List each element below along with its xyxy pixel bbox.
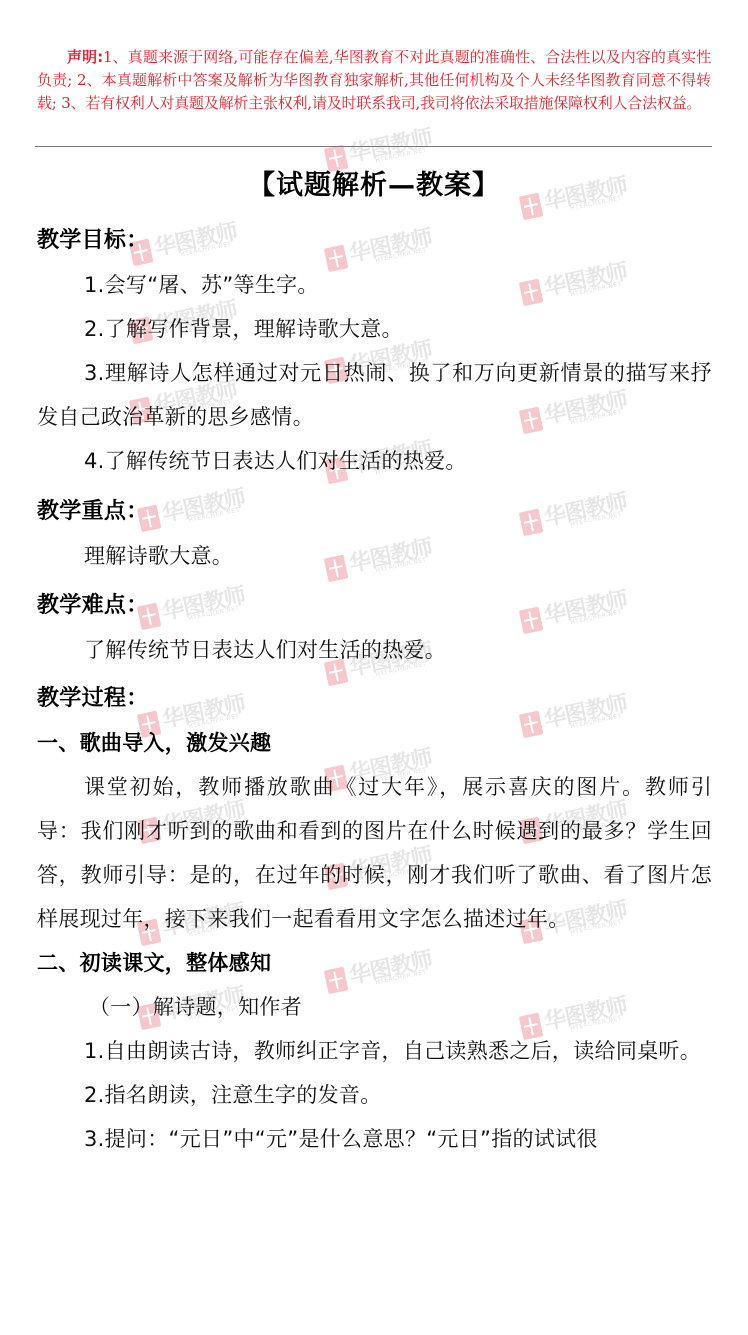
list-item: 3.理解诗人怎样通过对元日热闹、换了和万向更新情景的描写来抒发自己政治革新的思乡… [37,351,712,439]
paragraph: 了解传统节日表达人们对生活的热爱。 [37,628,712,672]
disclaimer: 声明:1、真题来源于网络,可能存在偏差,华图教育不对此真题的准确性、合法性以及内… [37,46,711,115]
header-divider [35,146,712,147]
content-layer: 声明:1、真题来源于网络,可能存在偏差,华图教育不对此真题的准确性、合法性以及内… [0,0,748,1335]
section-heading: 教学重点： [37,490,712,534]
paragraph: 理解诗歌大意。 [37,534,712,578]
section-process: 教学过程： 一、歌曲导入，激发兴趣 课堂初始，教师播放歌曲《过大年》，展示喜庆的… [37,677,712,1161]
section-heading: 教学难点： [37,584,712,628]
step-heading: 二、初读课文，整体感知 [37,941,712,985]
disclaimer-label: 声明: [67,48,103,66]
section-key-points: 教学重点： 理解诗歌大意。 [37,490,712,578]
section-objectives: 教学目标： 1.会写“屠、苏”等生字。 2.了解写作背景，理解诗歌大意。 3.理… [37,219,712,483]
section-heading: 教学过程： [37,677,712,721]
step-heading: 一、歌曲导入，激发兴趣 [37,721,712,765]
list-item: 2.了解写作背景，理解诗歌大意。 [37,307,712,351]
list-item: 2.指名朗读，注意生字的发音。 [37,1073,712,1117]
list-item: 4.了解传统节日表达人们对生活的热爱。 [37,439,712,483]
section-difficulties: 教学难点： 了解传统节日表达人们对生活的热爱。 [37,584,712,672]
section-heading: 教学目标： [37,219,712,263]
list-item: 1.自由朗读古诗，教师纠正字音，自己读熟悉之后，读给同桌听。 [37,1029,712,1073]
list-item: 3.提问：“元日”中“元”是什么意思？“元日”指的试试很 [37,1117,712,1161]
list-item: 1.会写“屠、苏”等生字。 [37,263,712,307]
document-page: 华图教师HTEACHER.NET 华图教师HTEACHER.NET 华图教师HT… [0,0,748,1335]
page-title: 【试题解析—教案】 [0,166,748,206]
sub-heading: （一）解诗题，知作者 [37,985,712,1029]
disclaimer-text: 1、真题来源于网络,可能存在偏差,华图教育不对此真题的准确性、合法性以及内容的真… [37,48,711,112]
paragraph: 课堂初始，教师播放歌曲《过大年》，展示喜庆的图片。教师引导：我们刚才听到的歌曲和… [37,765,712,941]
